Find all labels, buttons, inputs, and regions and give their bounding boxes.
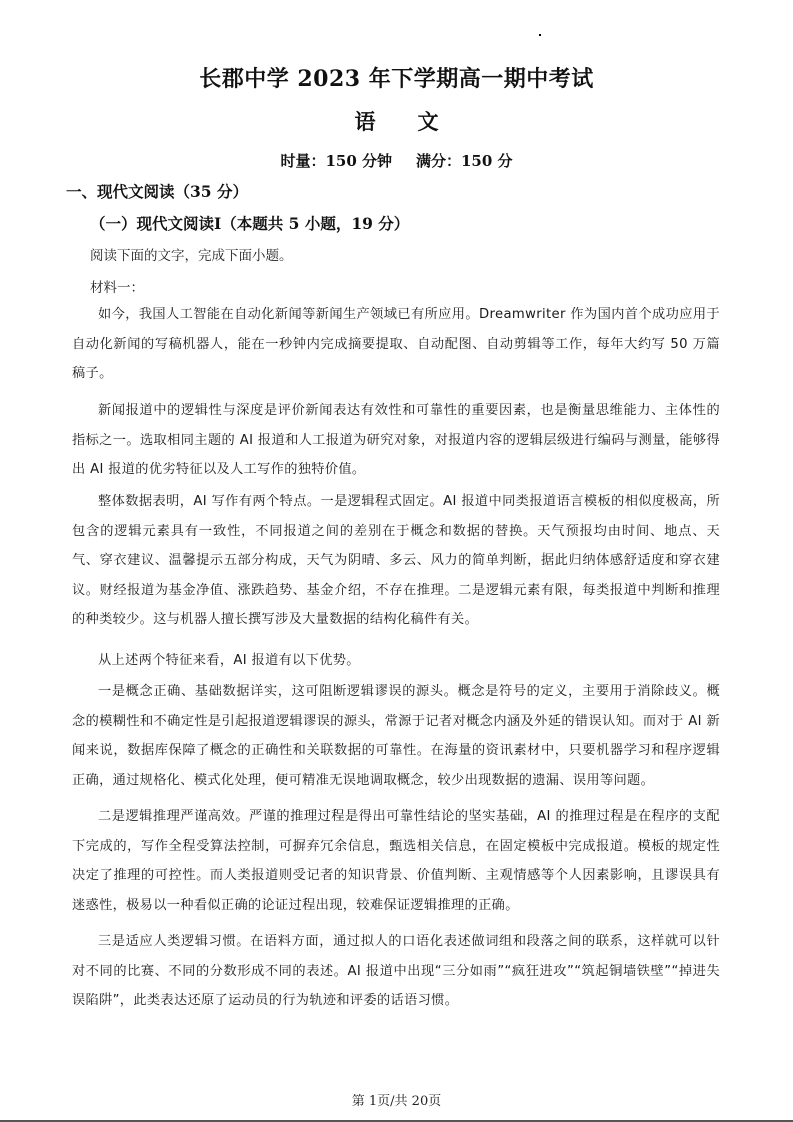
material-label: 材料一： bbox=[90, 276, 144, 296]
paragraph-5: 一是概念正确、基础数据详实，这可阻断逻辑谬误的源头。概念是符号的定义，主要用于消… bbox=[72, 677, 720, 795]
paragraph-7: 三是适应人类逻辑习惯。在语料方面，通过拟人的口语化表述做词组和段落之间的联系，这… bbox=[72, 927, 720, 1016]
subject-char-2: 文 bbox=[418, 106, 439, 136]
subject-char-1: 语 bbox=[355, 106, 376, 136]
page-number: 第 1页/共 20页 bbox=[0, 1090, 793, 1109]
paragraph-4: 从上述两个特征来看，AI 报道有以下优势。 bbox=[72, 646, 720, 676]
full-score: 满分：150 分 bbox=[416, 152, 513, 170]
paragraph-3: 整体数据表明，AI 写作有两个特点。一是逻辑程式固定。AI 报道中同类报道语言模… bbox=[72, 487, 720, 635]
paragraph-2: 新闻报道中的逻辑性与深度是评价新闻表达有效性和可靠性的重要因素，也是衡量思维能力… bbox=[72, 396, 720, 485]
paragraph-1: 如今，我国人工智能在自动化新闻等新闻生产领域已有所应用。Dreamwriter … bbox=[72, 300, 720, 389]
subject-title: 语文 bbox=[0, 106, 793, 136]
section-heading: 一、现代文阅读（35 分） bbox=[66, 180, 248, 202]
scan-dot bbox=[539, 34, 541, 36]
instruction-text: 阅读下面的文字，完成下面小题。 bbox=[90, 244, 293, 264]
exam-meta: 时量：150 分钟满分：150 分 bbox=[0, 150, 793, 171]
time-limit: 时量：150 分钟 bbox=[280, 152, 392, 170]
subsection-heading: （一）现代文阅读Ⅰ（本题共 5 小题，19 分） bbox=[90, 212, 409, 234]
exam-title: 长郡中学 2023 年下学期高一期中考试 bbox=[0, 62, 793, 93]
paragraph-6: 二是逻辑推理严谨高效。严谨的推理过程是得出可靠性结论的坚实基础，AI 的推理过程… bbox=[72, 802, 720, 920]
